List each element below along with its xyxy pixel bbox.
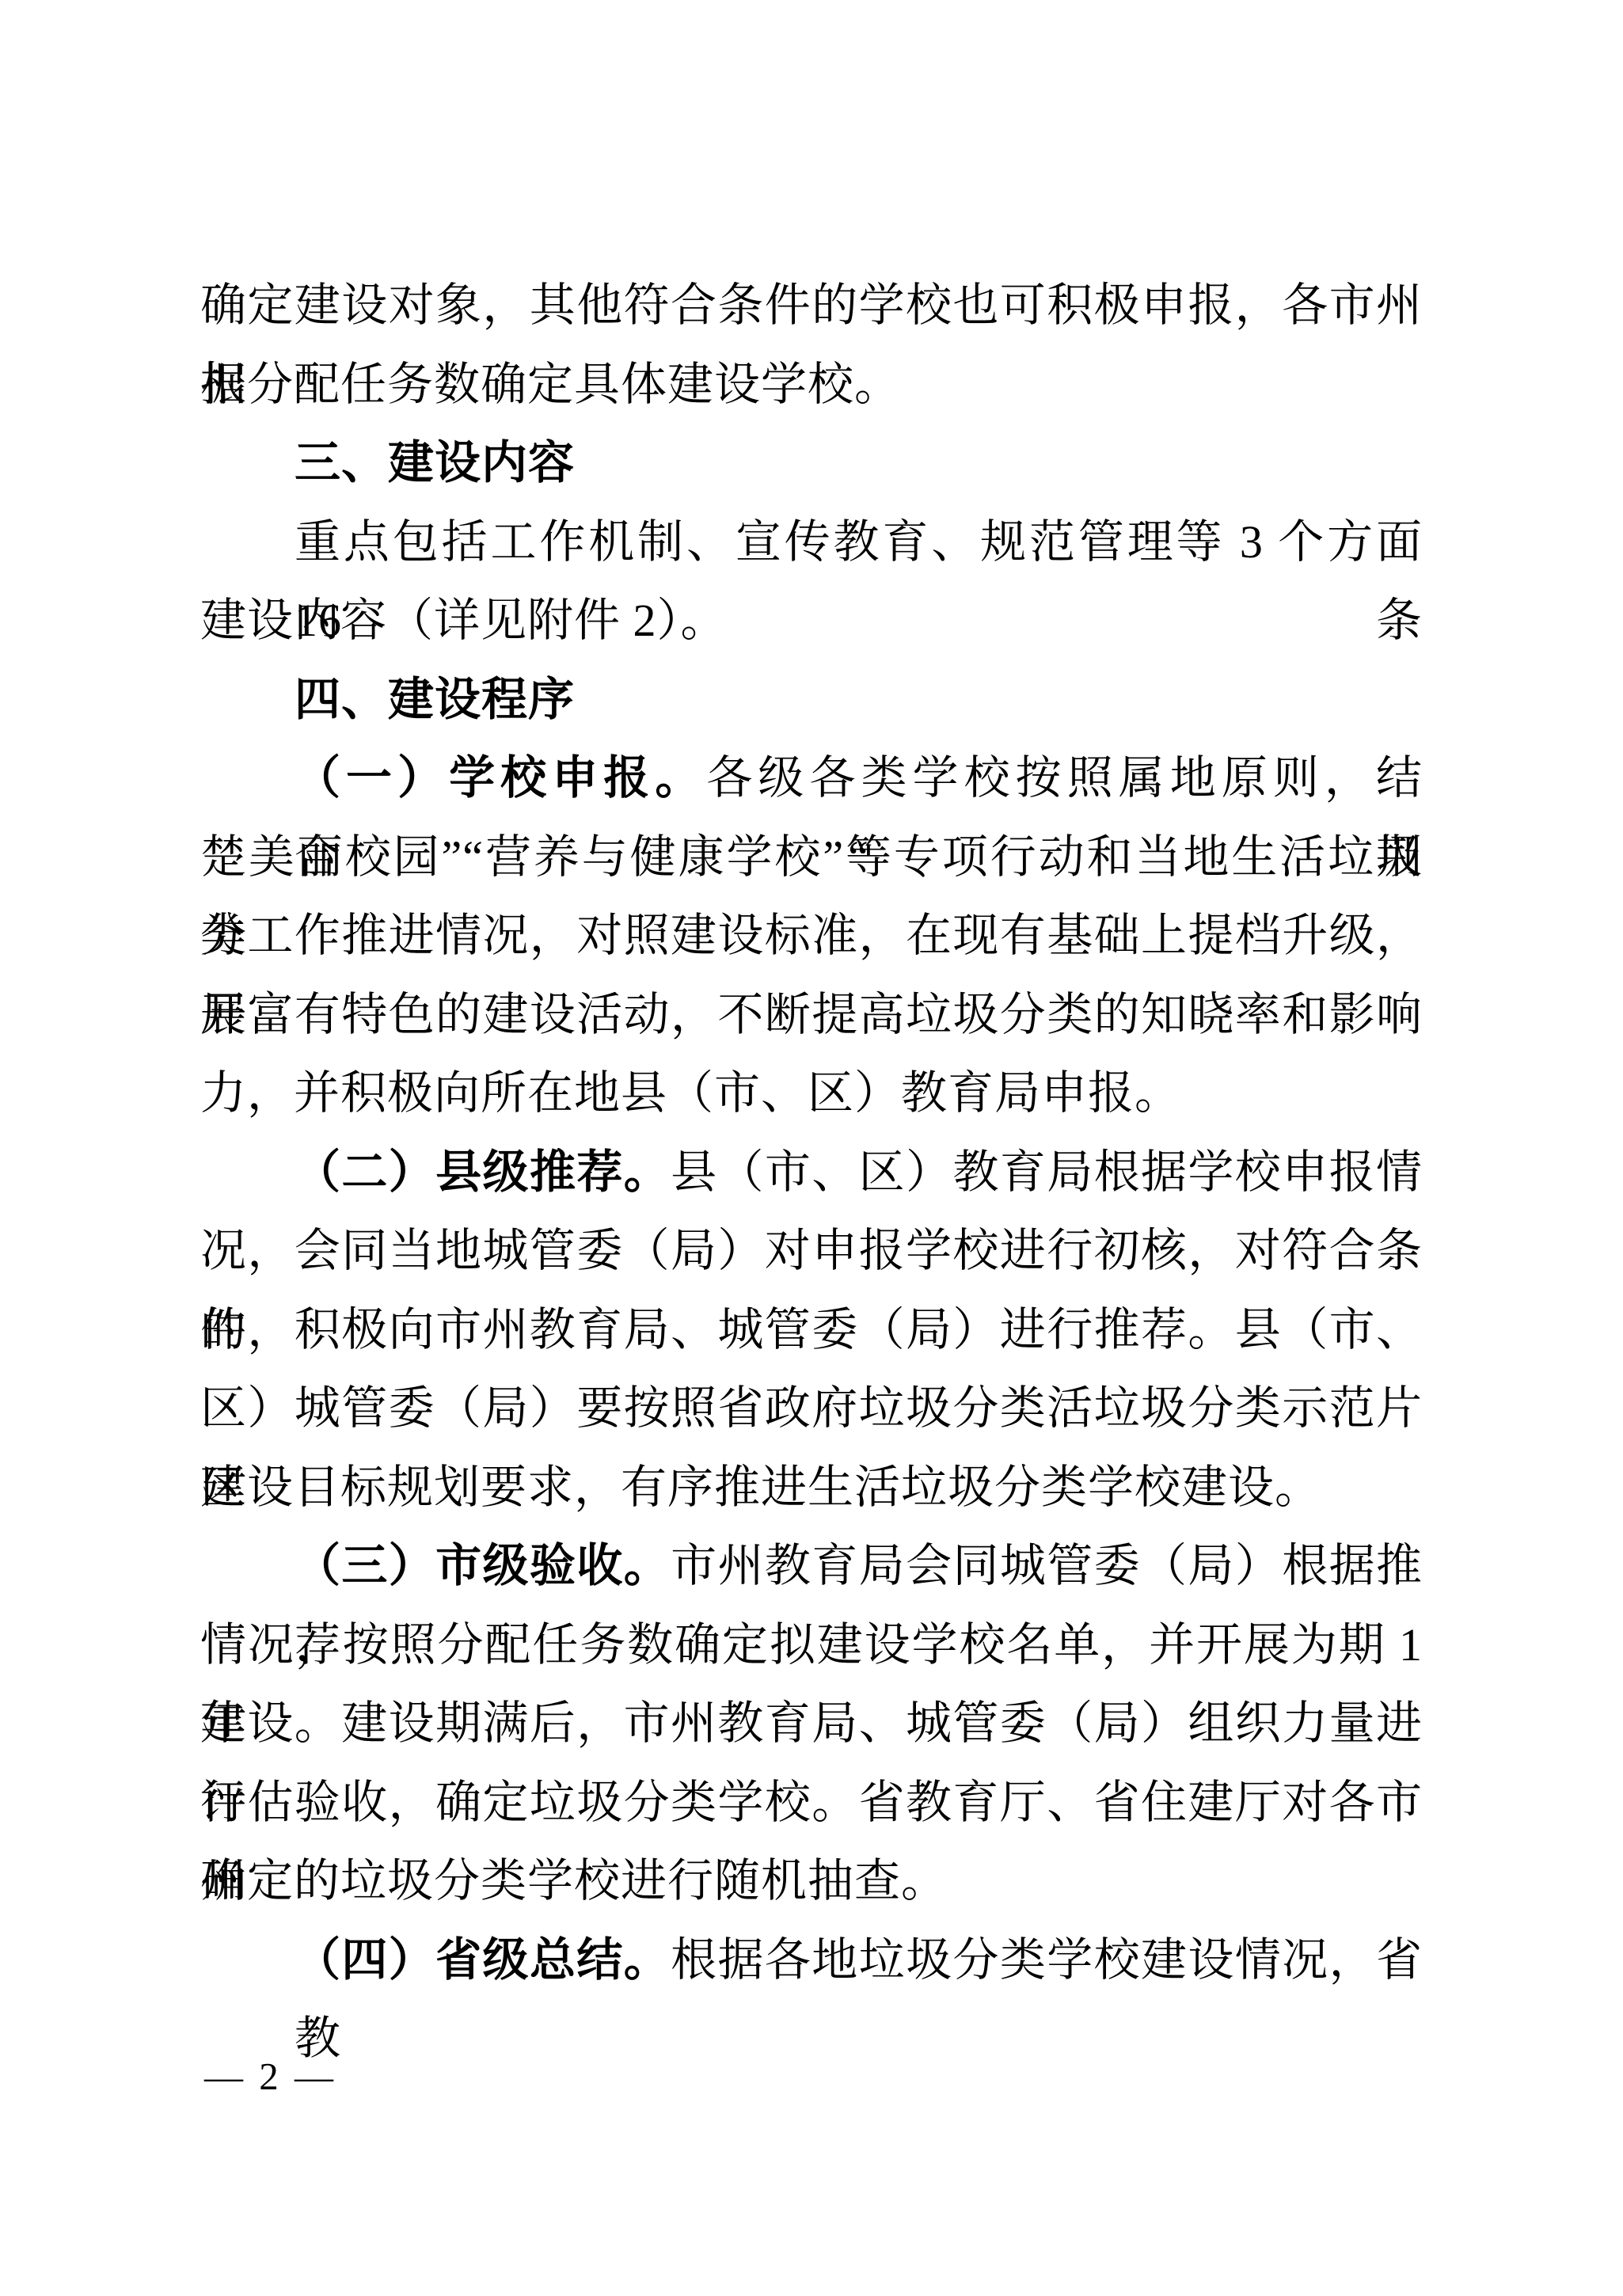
text-line: 况，会同当地城管委（局）对申报学校进行初核，对符合条件 [200, 1211, 1423, 1291]
body-text: 建设内容（详见附件 2）。 [200, 595, 728, 646]
text-line: 确定建设对象，其他符合条件的学校也可积极申报，各市州根 [200, 266, 1423, 345]
text-line: 类工作推进情况，对照建设标准，在现有基础上提档升级，开 [200, 896, 1423, 975]
text-line: 重点包括工作机制、宣传教育、规范管理等 3 个方面 16 条 [200, 503, 1423, 582]
text-line: 评估验收，确定垃圾分类学校。省教育厅、省住建厅对各市州 [200, 1763, 1423, 1842]
text-line: 建设目标规划要求，有序推进生活垃圾分类学校建设。 [200, 1448, 1423, 1527]
text-line: 建设。建设期满后，市州教育局、城管委（局）组织力量进行 [200, 1684, 1423, 1763]
body-text: 力，并积极向所在地县（市、区）教育局申报。 [200, 1067, 1181, 1119]
body-text: 展富有特色的建设活动，不断提高垃圾分类的知晓率和影响 [200, 989, 1423, 1040]
paragraph-label: （三）市级验收。 [295, 1540, 671, 1591]
body-text: 据分配任务数确定具体建设学校。 [200, 359, 901, 410]
document-body: 确定建设对象，其他符合条件的学校也可积极申报，各市州根据分配任务数确定具体建设学… [200, 266, 1423, 1999]
text-line: 的，积极向市州教育局、城管委（局）进行推荐。县（市、 [200, 1291, 1423, 1370]
page-number: — 2 — [204, 2057, 336, 2096]
text-line: 力，并积极向所在地县（市、区）教育局申报。 [200, 1054, 1423, 1133]
text-line: （四）省级总结。根据各地垃圾分类学校建设情况，省教 [200, 1921, 1423, 2000]
text-line: （一）学校申报。各级各类学校按照属地原则，结合“荆 [200, 739, 1423, 818]
document-page: 确定建设对象，其他符合条件的学校也可积极申报，各市州根据分配任务数确定具体建设学… [0, 0, 1623, 2296]
section-heading: 四、建设程序 [295, 674, 575, 725]
text-line: 据分配任务数确定具体建设学校。 [200, 345, 1423, 424]
body-text: 建设目标规划要求，有序推进生活垃圾分类学校建设。 [200, 1462, 1321, 1513]
section-heading-line: 四、建设程序 [200, 660, 1423, 739]
section-heading-line: 三、建设内容 [200, 424, 1423, 503]
section-heading: 三、建设内容 [295, 437, 575, 488]
text-line: （三）市级验收。市州教育局会同城管委（局）根据推荐 [200, 1526, 1423, 1606]
text-line: 楚美丽校园”“营养与健康学校”等专项行动和当地生活垃圾分 [200, 818, 1423, 897]
body-text: 确定的垃圾分类学校进行随机抽查。 [200, 1855, 948, 1906]
text-line: 展富有特色的建设活动，不断提高垃圾分类的知晓率和影响 [200, 975, 1423, 1055]
body-text: 的，积极向市州教育局、城管委（局）进行推荐。县（市、 [200, 1304, 1423, 1355]
body-text: 县（市、区）教育局根据学校申报情 [671, 1146, 1423, 1198]
paragraph-label: （四）省级总结。 [295, 1934, 671, 1986]
text-line: 确定的垃圾分类学校进行随机抽查。 [200, 1842, 1423, 1921]
text-line: 区）城管委（局）要按照省政府垃圾分类活垃圾分类示范片区 [200, 1369, 1423, 1448]
paragraph-label: （二）县级推荐。 [295, 1146, 671, 1198]
text-line: （二）县级推荐。县（市、区）教育局根据学校申报情 [200, 1133, 1423, 1212]
text-line: 情况，按照分配任务数确定拟建设学校名单，并开展为期 1 年 [200, 1606, 1423, 1685]
paragraph-label: （一）学校申报。 [295, 752, 706, 804]
